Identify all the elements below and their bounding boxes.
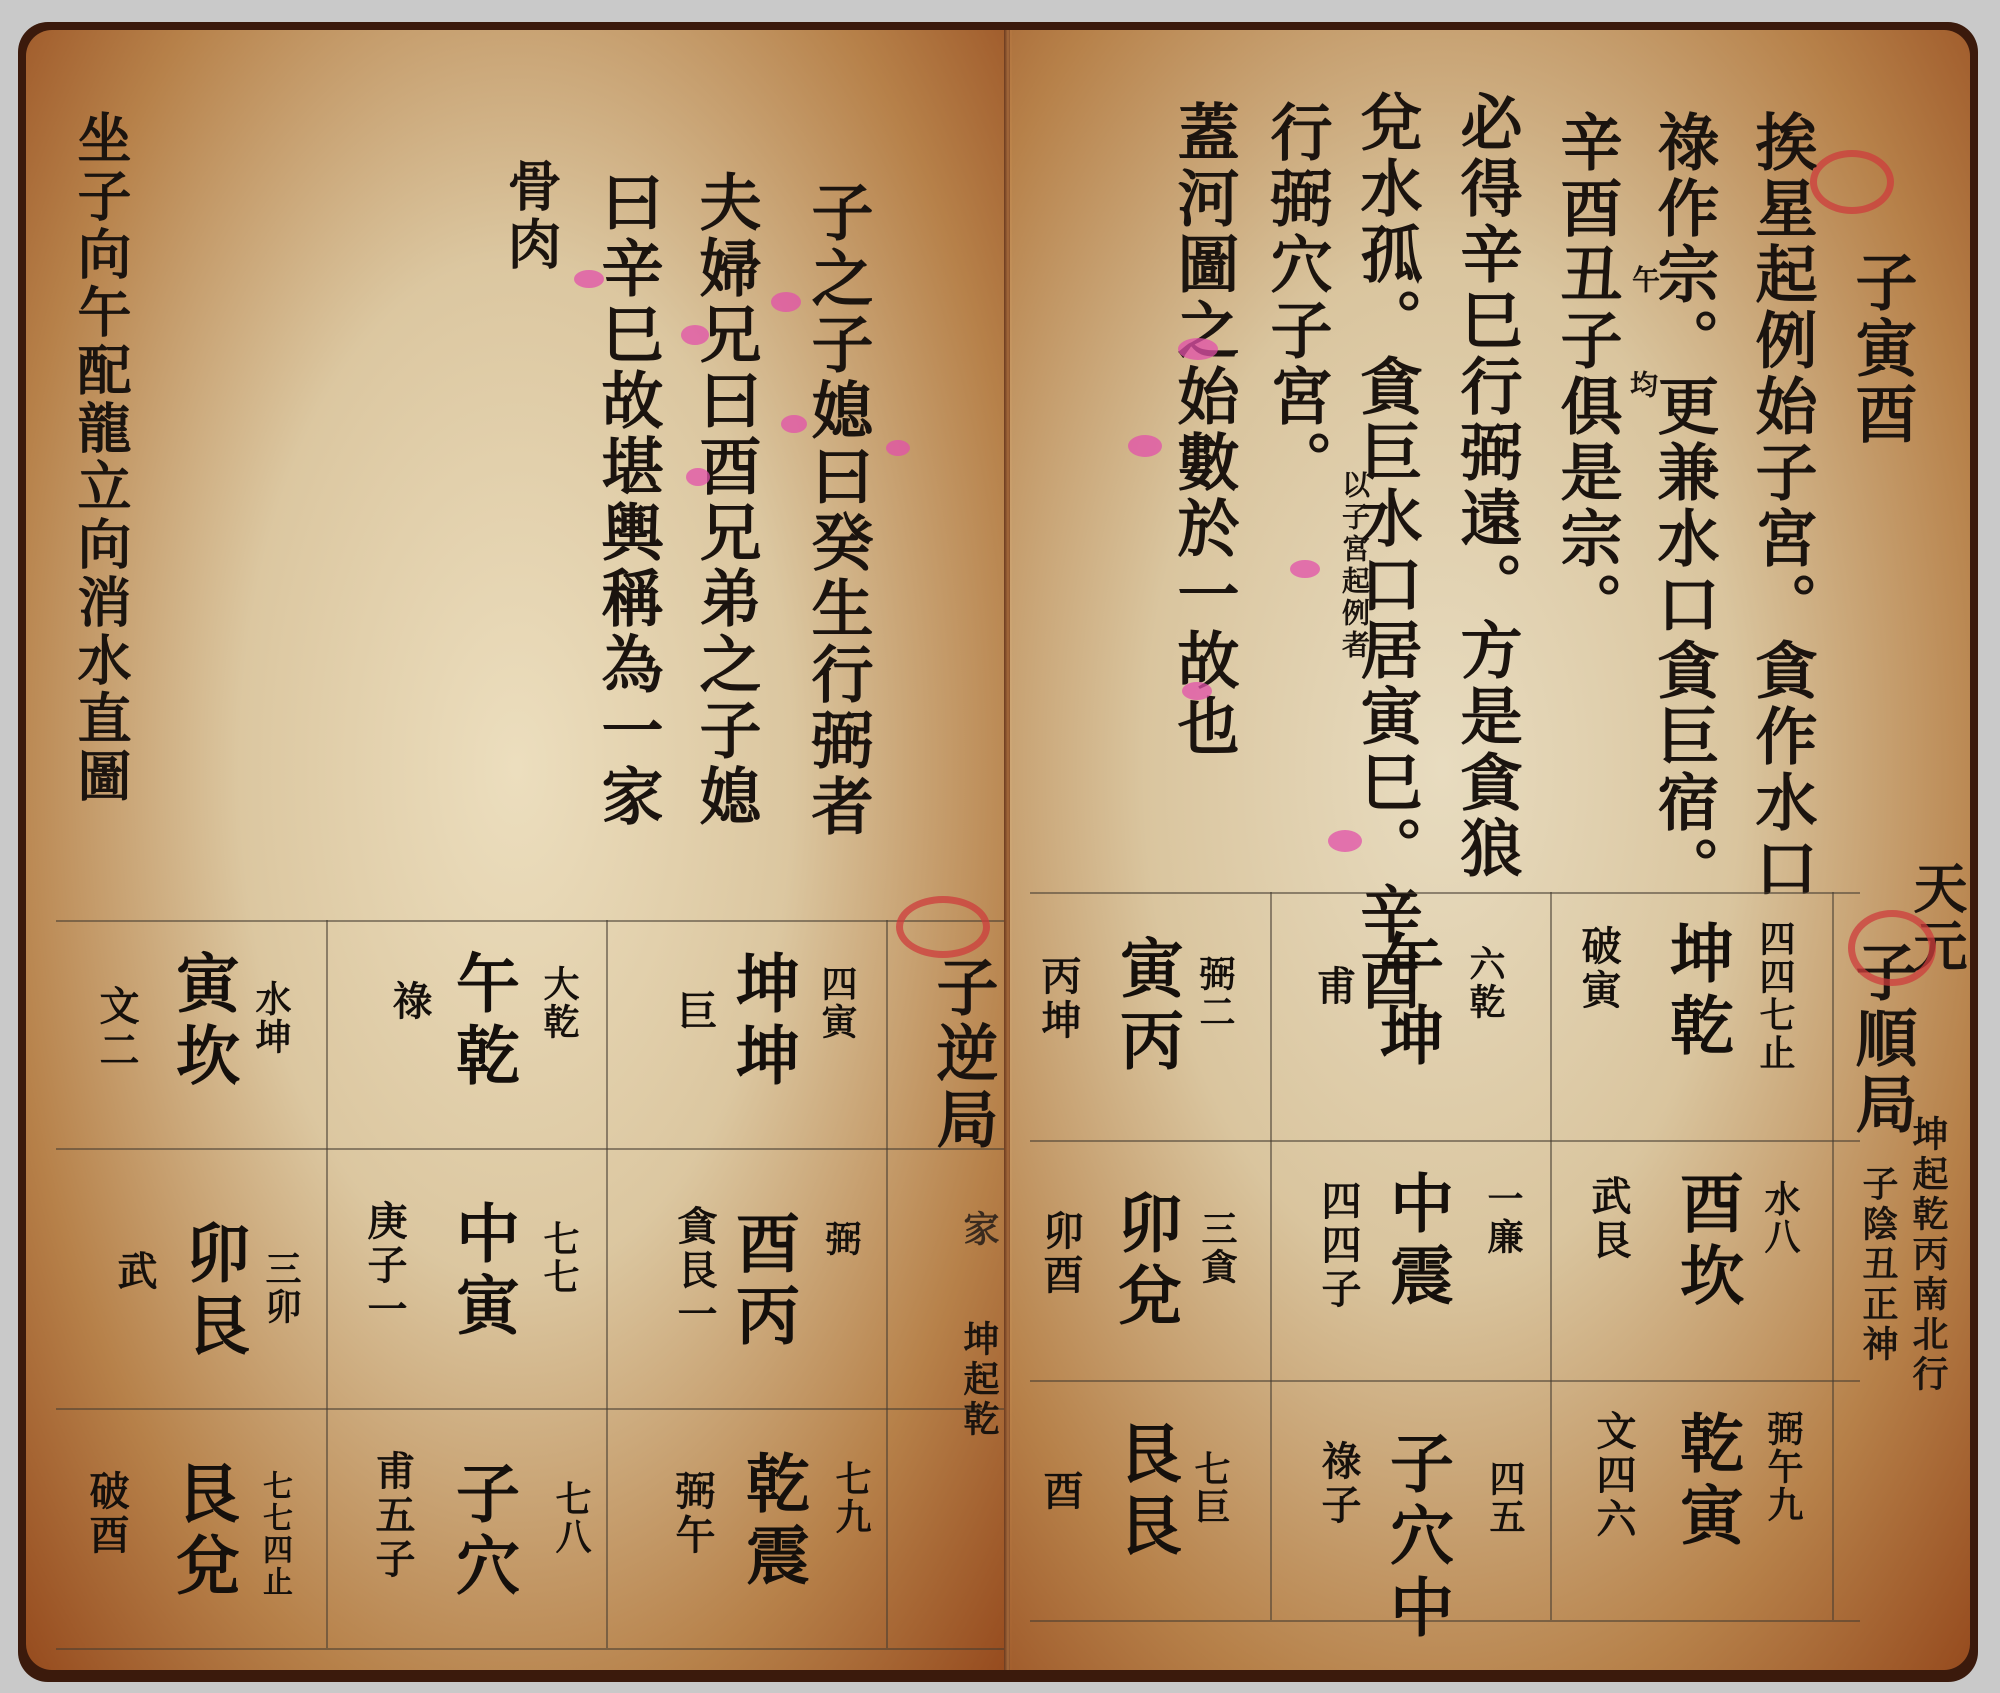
table-cell-main: 寅丙: [1100, 935, 1192, 1079]
table-cell-number: 水坤: [246, 980, 297, 1056]
right-text-column-6: 行弼穴子宮。: [1265, 100, 1327, 496]
pink-mark: [681, 325, 709, 345]
table-cell-note: 酉: [1032, 1470, 1089, 1514]
right-text-column-3: 辛酉丑子俱是宗。: [1555, 110, 1617, 638]
table-rule: [1030, 1380, 1860, 1382]
right-interlinear-note: 均: [1628, 370, 1656, 402]
table-cell-number: 弼二: [1190, 955, 1241, 1031]
table-rule: [886, 920, 888, 1648]
table-cell-note: 武: [106, 1250, 163, 1294]
table-cell-note: 卯酉: [1032, 1210, 1089, 1298]
table-cell-main: 艮兌: [156, 1460, 248, 1604]
table-rule: [56, 920, 1006, 922]
red-seal-circle: [896, 896, 990, 958]
table-rule: [1030, 892, 1860, 894]
table-cell-number: 七七: [534, 1220, 585, 1296]
table-margin-note: 坤起乾丙南北行: [1910, 1115, 1946, 1395]
table-cell-note: 弼午: [664, 1470, 721, 1558]
left-text-column-2: 夫婦兄曰酉兄弟之子媳: [694, 170, 756, 830]
table-cell-number: 七八: [546, 1480, 597, 1556]
table-cell-note: 祿子: [1310, 1440, 1367, 1528]
left-text-column-1: 子之子媳曰癸生行弼者: [806, 180, 868, 840]
table-cell-note: 甫: [1305, 965, 1362, 1009]
table-cell-number: 弼午九: [1758, 1410, 1809, 1524]
table-cell-main: 艮艮: [1098, 1420, 1190, 1564]
pink-mark: [771, 292, 801, 312]
table-cell-number: 水八: [1755, 1180, 1806, 1256]
table-cell-main: 中寅: [436, 1200, 528, 1344]
table-cell-main: 酉坎: [1660, 1170, 1752, 1314]
table-cell-number: 七七四止: [252, 1470, 296, 1598]
table-rule: [1832, 892, 1834, 1620]
right-interlinear-note: 以子宮起例者: [1340, 470, 1368, 662]
right-text-column-1: 挨星起例始子宮。貪作水口: [1750, 110, 1812, 902]
table-cell-main: 坤坤: [716, 950, 808, 1094]
table-rule: [56, 1148, 1006, 1150]
manuscript-book: 坐子向午配龍立向消水直圖 子之子媳曰癸生行弼者 夫婦兄曰酉兄弟之子媳 曰辛巳故堪…: [18, 22, 1978, 1682]
table-rule: [606, 920, 608, 1648]
pink-mark: [1290, 560, 1320, 578]
table-title-note: 坤起乾: [961, 1320, 997, 1440]
table-cell-number: 六乾: [1460, 945, 1511, 1021]
table-cell-note: 破寅: [1570, 925, 1627, 1013]
table-cell-main: 乾寅: [1660, 1410, 1752, 1554]
table-cell-note: 文四六: [1585, 1410, 1642, 1542]
table-cell-number: 四五: [1480, 1460, 1531, 1536]
table-cell-main: 卯兌: [1098, 1190, 1190, 1334]
table-cell-note: 丙坤: [1030, 955, 1087, 1043]
table-cell-number: 四寅: [812, 965, 863, 1041]
left-text-column-4: 骨肉: [504, 158, 558, 274]
table-cell-main: 卯艮: [166, 1220, 258, 1364]
right-text-column-2: 祿作宗。更兼水口貪巨宿。: [1652, 110, 1714, 902]
right-page: 子寅酉 挨星起例始子宮。貪作水口 祿作宗。更兼水口貪巨宿。 辛酉丑子俱是宗。 必…: [1010, 30, 1970, 1670]
table-rule: [1030, 1140, 1860, 1142]
pink-mark: [1182, 682, 1212, 700]
table-margin-note: 子陰丑正神: [1860, 1165, 1896, 1365]
table-cell-number: 大乾: [534, 965, 585, 1041]
table-cell-number: 四四七止: [1750, 920, 1801, 1072]
table-cell-main: 乾震: [726, 1450, 818, 1594]
table-cell-main: 坤乾: [1650, 920, 1742, 1064]
table-cell-number: 一廉: [1478, 1180, 1529, 1256]
table-rule: [1550, 892, 1552, 1620]
table-rule: [56, 1408, 1006, 1410]
table-rule: [56, 1648, 1006, 1650]
pink-mark: [574, 270, 604, 288]
red-seal-circle: [1848, 910, 1936, 986]
table-cell-main: 酉丙: [716, 1210, 808, 1354]
table-cell-note: 祿: [381, 980, 438, 1024]
right-interlinear-note: 午: [1630, 265, 1658, 297]
table-cell-note: 甫五子: [364, 1450, 421, 1582]
pink-mark: [1328, 830, 1362, 852]
left-margin-title: 坐子向午配龍立向消水直圖: [74, 110, 128, 806]
left-text-column-3: 曰辛巳故堪輿稱為一家: [596, 170, 658, 830]
table-cell-main: 寅坎: [156, 950, 248, 1094]
table-cell-note: 武艮: [1580, 1175, 1637, 1263]
pink-mark: [1178, 338, 1218, 360]
red-seal-circle: [1810, 150, 1894, 214]
table-cell-note: 庚子一: [356, 1200, 413, 1332]
table-cell-main: 中震: [1370, 1170, 1462, 1314]
table-cell-number: 三貪: [1192, 1210, 1243, 1286]
table-title-zi-ni-ju: 子逆局: [931, 955, 993, 1153]
pink-mark: [1128, 435, 1162, 457]
table-title-note: 家: [961, 1210, 997, 1250]
table-cell-note: 四四子: [1310, 1180, 1367, 1312]
right-text-column-7: 蓋河圖之始數於一故也: [1172, 100, 1234, 760]
table-cell-main: 午坤: [1360, 930, 1452, 1074]
table-cell-number: 七九: [826, 1460, 877, 1536]
table-cell-number: 弼: [816, 1220, 867, 1258]
table-cell-main: 子穴中: [1370, 1430, 1462, 1646]
table-cell-main: 午乾: [436, 950, 528, 1094]
right-text-column-4: 必得辛巳行弼遠。方是貪狼: [1455, 90, 1517, 882]
table-cell-note: 巨: [666, 990, 723, 1034]
pink-mark: [686, 468, 710, 486]
right-page-title: 子寅酉: [1850, 250, 1912, 448]
table-cell-note: 貪艮一: [666, 1205, 723, 1337]
table-rule: [1270, 892, 1272, 1620]
table-cell-note: 文二: [88, 985, 145, 1073]
left-page: 坐子向午配龍立向消水直圖 子之子媳曰癸生行弼者 夫婦兄曰酉兄弟之子媳 曰辛巳故堪…: [26, 30, 1006, 1670]
table-cell-number: 七巨: [1185, 1450, 1236, 1526]
pink-mark: [886, 440, 910, 456]
table-cell-note: 破酉: [78, 1470, 135, 1558]
pink-mark: [781, 415, 807, 433]
table-cell-number: 三卯: [256, 1250, 307, 1326]
table-cell-main: 子穴: [436, 1460, 528, 1604]
table-rule: [326, 920, 328, 1648]
